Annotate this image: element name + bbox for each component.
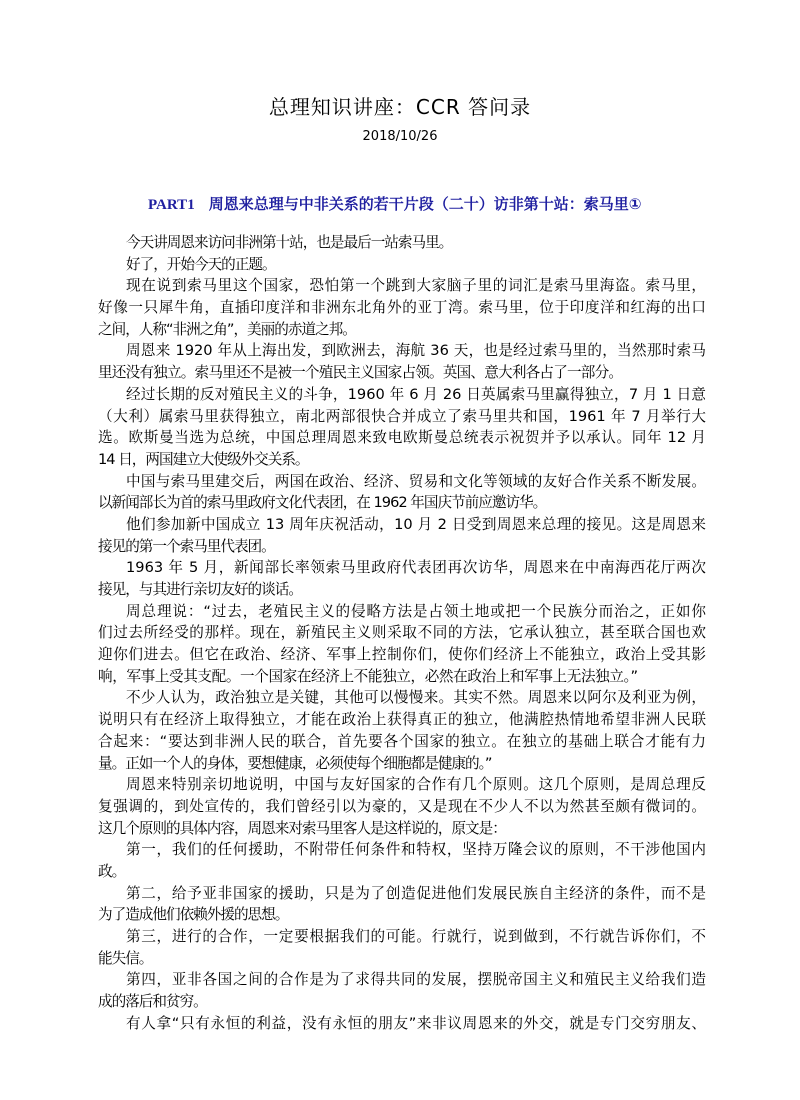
body-text-line: 成的落后和贫穷。 xyxy=(98,991,706,1013)
body-text-line: 选。欧斯曼当选为总统，中国总理周恩来致电欧斯曼总统表示祝贺并予以承认。同年 12… xyxy=(98,427,706,449)
body-text-line: 好像一只犀牛角，直插印度洋和非洲东北角外的亚丁湾。索马里，位于印度洋和红海的出口 xyxy=(98,297,706,319)
body-text-line: 政。 xyxy=(98,861,706,883)
body-text-line: 这几个原则的具体内容，周恩来对索马里客人是这样说的，原文是： xyxy=(98,818,706,840)
document-body: 今天讲周恩来访问非洲第十站，也是最后一站索马里。好了，开始今天的正题。现在说到索… xyxy=(98,232,706,1034)
body-text-line: 接见，与其进行亲切友好的谈话。 xyxy=(98,579,706,601)
body-text-line: 之间，人称“非洲之角”，美丽的赤道之邦。 xyxy=(98,319,706,341)
body-text-line: 接见的第一个索马里代表团。 xyxy=(98,536,706,558)
body-text-line: 中国与索马里建交后，两国在政治、经济、贸易和文化等领域的友好合作关系不断发展。 xyxy=(98,471,706,493)
document-page: 总理知识讲座：CCR 答问录 2018/10/26 PART1周恩来总理与中非关… xyxy=(0,0,800,1100)
body-text-line: 第四，亚非各国之间的合作是为了求得共同的发展，摆脱帝国主义和殖民主义给我们造 xyxy=(98,969,706,991)
body-text-line: 复强调的，到处宣传的，我们曾经引以为豪的，又是现在不少人不以为然甚至颇有微词的。 xyxy=(98,796,706,818)
body-text-line: 量。正如一个人的身体，要想健康，必须使每个细胞都是健康的。” xyxy=(98,753,706,775)
body-text-line: 第三，进行的合作，一定要根据我们的可能。行就行，说到做到，不行就告诉你们，不 xyxy=(98,926,706,948)
body-text-line: 第二，给予亚非国家的援助，只是为了创造促进他们发展民族自主经济的条件，而不是 xyxy=(98,883,706,905)
body-text-line: 14 日，两国建立大使级外交关系。 xyxy=(98,449,706,471)
body-text-line: 周总理说：“过去，老殖民主义的侵略方法是占领土地或把一个民族分而治之，正如你 xyxy=(98,601,706,623)
body-text-line: 响，军事上受其支配。一个国家在经济上不能独立，必然在政治上和军事上无法独立。” xyxy=(98,666,706,688)
body-text-line: 们过去所经受的那样。现在，新殖民主义则采取不同的方法，它承认独立，甚至联合国也欢 xyxy=(98,622,706,644)
document-date: 2018/10/26 xyxy=(0,128,800,146)
body-text-line: 他们参加新中国成立 13 周年庆祝活动，10 月 2 日受到周恩来总理的接见。这… xyxy=(98,514,706,536)
section-part-label: PART1 xyxy=(148,197,195,213)
body-text-line: 说明只有在经济上取得独立，才能在政治上获得真正的独立，他满腔热情地希望非洲人民联 xyxy=(98,709,706,731)
body-text-line: 周恩来特别亲切地说明，中国与友好国家的合作有几个原则。这几个原则，是周总理反 xyxy=(98,774,706,796)
body-text-line: 现在说到索马里这个国家，恐怕第一个跳到大家脑子里的词汇是索马里海盗。索马里， xyxy=(98,275,706,297)
body-text-line: 1963 年 5 月，新闻部长率领索马里政府代表团再次访华，周恩来在中南海西花厅… xyxy=(98,557,706,579)
body-text-line: 不少人认为，政治独立是关键，其他可以慢慢来。其实不然。周恩来以阿尔及利亚为例， xyxy=(98,687,706,709)
body-text-line: 迎你们进去。但它在政治、经济、军事上控制你们，使你们经济上不能独立，政治上受其影 xyxy=(98,644,706,666)
body-text-line: 今天讲周恩来访问非洲第十站，也是最后一站索马里。 xyxy=(98,232,706,254)
body-text-line: 经过长期的反对殖民主义的斗争，1960 年 6 月 26 日英属索马里赢得独立，… xyxy=(98,384,706,406)
body-text-line: 周恩来 1920 年从上海出发，到欧洲去，海航 36 天，也是经过索马里的，当然… xyxy=(98,340,706,362)
body-text-line: 为了造成他们依赖外援的思想。 xyxy=(98,904,706,926)
body-text-line: 有人拿“只有永恒的利益，没有永恒的朋友”来非议周恩来的外交，就是专门交穷朋友、 xyxy=(98,1013,706,1035)
body-text-line: 以新闻部长为首的索马里政府文化代表团，在 1962 年国庆节前应邀访华。 xyxy=(98,492,706,514)
body-text-line: 里还没有独立。索马里还不是被一个殖民主义国家占领。英国、意大利各占了一部分。 xyxy=(98,362,706,384)
body-text-line: 好了，开始今天的正题。 xyxy=(98,254,706,276)
body-text-line: 第一，我们的任何援助，不附带任何条件和特权，坚持万隆会议的原则，不干涉他国内 xyxy=(98,839,706,861)
document-title: 总理知识讲座：CCR 答问录 xyxy=(0,94,800,120)
section-heading: PART1周恩来总理与中非关系的若干片段（二十）访非第十站：索马里① xyxy=(148,193,668,216)
body-text-line: 能失信。 xyxy=(98,948,706,970)
body-text-line: （大利）属索马里获得独立，南北两部很快合并成立了索马里共和国，1961 年 7 … xyxy=(98,406,706,428)
body-text-line: 合起来：“要达到非洲人民的联合，首先要各个国家的独立。在独立的基础上联合才能有力 xyxy=(98,731,706,753)
section-heading-text: 周恩来总理与中非关系的若干片段（二十）访非第十站：索马里① xyxy=(209,195,642,213)
